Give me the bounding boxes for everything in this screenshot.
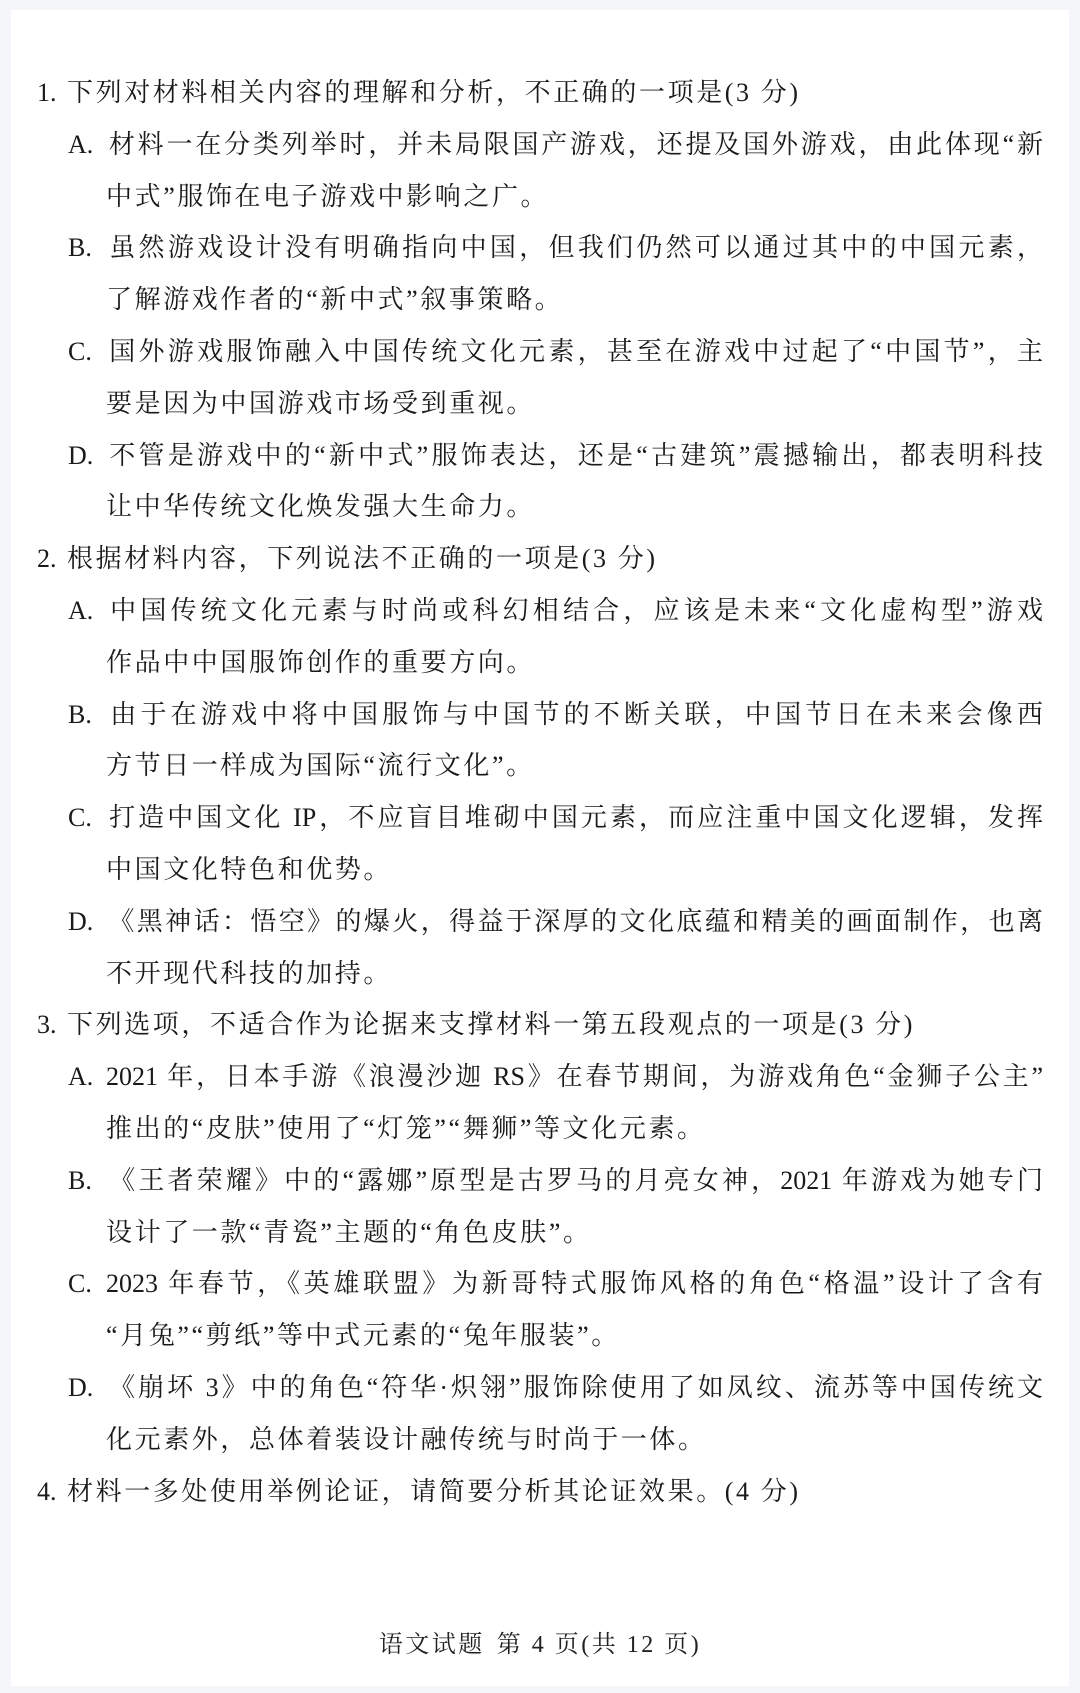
question-list: 1.下列对材料相关内容的理解和分析，不正确的一项是(3 分) A.材料一在分类列… [11,67,1069,1517]
exam-page: 1.下列对材料相关内容的理解和分析，不正确的一项是(3 分) A.材料一在分类列… [11,10,1069,1686]
option-line: D.不管是游戏中的“新中式”服饰表达，还是“古建筑”震撼输出，都表明科技 [11,430,1069,482]
option-d: D.《崩坏 3》中的角色“符华·炽翎”服饰除使用了如凤纹、流苏等中国传统文 化元… [11,1362,1069,1466]
stem-text: 材料一多处使用举例论证，请简要分析其论证效果。(4 分) [67,1477,801,1506]
option-a: A.中国传统文化元素与时尚或科幻相结合，应该是未来“文化虚构型”游戏 作品中中国… [11,585,1069,689]
question-number: 2. [37,533,67,585]
option-a: A.2021 年，日本手游《浪漫沙迦 RS》在春节期间，为游戏角色“金狮子公主”… [11,1051,1069,1155]
option-text: 《黑神话：悟空》的爆火，得益于深厚的文化底蕴和精美的画面制作，也离 [106,907,1043,936]
question-number: 1. [37,67,67,119]
option-line: 了解游戏作者的“新中式”叙事策略。 [11,274,1069,326]
question-number: 4. [37,1466,67,1518]
question-stem: 1.下列对材料相关内容的理解和分析，不正确的一项是(3 分) [11,67,1069,119]
option-a: A.材料一在分类列举时，并未局限国产游戏，还提及国外游戏，由此体现“新 中式”服… [11,119,1069,223]
option-label: D. [68,896,106,948]
option-line: 作品中中国服饰创作的重要方向。 [11,637,1069,689]
option-text: 中国传统文化元素与时尚或科幻相结合，应该是未来“文化虚构型”游戏 [106,596,1043,625]
stem-text: 根据材料内容，下列说法不正确的一项是(3 分) [67,544,658,573]
option-label: C. [68,792,106,844]
option-label: B. [68,222,106,274]
option-label: A. [68,585,106,637]
option-b: B.由于在游戏中将中国服饰与中国节的不断关联，中国节日在未来会像西 方节日一样成… [11,689,1069,793]
question-stem: 4.材料一多处使用举例论证，请简要分析其论证效果。(4 分) [11,1466,1069,1518]
option-line: 要是因为中国游戏市场受到重视。 [11,378,1069,430]
option-text: 打造中国文化 IP，不应盲目堆砌中国元素，而应注重中国文化逻辑，发挥 [106,803,1043,832]
option-line: 推出的“皮肤”使用了“灯笼”“舞狮”等文化元素。 [11,1103,1069,1155]
question-1: 1.下列对材料相关内容的理解和分析，不正确的一项是(3 分) A.材料一在分类列… [11,67,1069,533]
option-line: B.虽然游戏设计没有明确指向中国，但我们仍然可以通过其中的中国元素， [11,222,1069,274]
stem-text: 下列选项，不适合作为论据来支撑材料一第五段观点的一项是(3 分) [67,1010,915,1039]
option-line: A.材料一在分类列举时，并未局限国产游戏，还提及国外游戏，由此体现“新 [11,119,1069,171]
option-line: 方节日一样成为国际“流行文化”。 [11,740,1069,792]
option-label: C. [68,1258,106,1310]
option-label: D. [68,430,106,482]
page-footer: 语文试题第 4 页(共 12 页) [11,1627,1069,1663]
option-line: B.《王者荣耀》中的“露娜”原型是古罗马的月亮女神，2021 年游戏为她专门 [11,1155,1069,1207]
stem-text: 下列对材料相关内容的理解和分析，不正确的一项是(3 分) [67,78,801,107]
option-label: B. [68,1155,106,1207]
option-text: 由于在游戏中将中国服饰与中国节的不断关联，中国节日在未来会像西 [106,700,1043,729]
option-line: A.中国传统文化元素与时尚或科幻相结合，应该是未来“文化虚构型”游戏 [11,585,1069,637]
option-line: “月兔”“剪纸”等中式元素的“兔年服装”。 [11,1310,1069,1362]
option-b: B.《王者荣耀》中的“露娜”原型是古罗马的月亮女神，2021 年游戏为她专门 设… [11,1155,1069,1259]
option-line: C.打造中国文化 IP，不应盲目堆砌中国元素，而应注重中国文化逻辑，发挥 [11,792,1069,844]
option-label: B. [68,689,106,741]
option-label: D. [68,1362,106,1414]
option-text: 2023 年春节，《英雄联盟》为新哥特式服饰风格的角色“格温”设计了含有 [106,1269,1043,1298]
option-line: C.国外游戏服饰融入中国传统文化元素，甚至在游戏中过起了“中国节”，主 [11,326,1069,378]
option-label: A. [68,119,106,171]
option-line: 化元素外，总体着装设计融传统与时尚于一体。 [11,1414,1069,1466]
option-c: C.2023 年春节，《英雄联盟》为新哥特式服饰风格的角色“格温”设计了含有 “… [11,1258,1069,1362]
option-b: B.虽然游戏设计没有明确指向中国，但我们仍然可以通过其中的中国元素， 了解游戏作… [11,222,1069,326]
option-line: A.2021 年，日本手游《浪漫沙迦 RS》在春节期间，为游戏角色“金狮子公主” [11,1051,1069,1103]
option-line: 中式”服饰在电子游戏中影响之广。 [11,171,1069,223]
question-number: 3. [37,999,67,1051]
option-c: C.国外游戏服饰融入中国传统文化元素，甚至在游戏中过起了“中国节”，主 要是因为… [11,326,1069,430]
option-line: C.2023 年春节，《英雄联盟》为新哥特式服饰风格的角色“格温”设计了含有 [11,1258,1069,1310]
question-stem: 3.下列选项，不适合作为论据来支撑材料一第五段观点的一项是(3 分) [11,999,1069,1051]
option-text: 《王者荣耀》中的“露娜”原型是古罗马的月亮女神，2021 年游戏为她专门 [106,1166,1043,1195]
footer-page-number: 第 4 页(共 12 页) [497,1632,701,1658]
option-line: 设计了一款“青瓷”主题的“角色皮肤”。 [11,1207,1069,1259]
option-label: C. [68,326,106,378]
option-c: C.打造中国文化 IP，不应盲目堆砌中国元素，而应注重中国文化逻辑，发挥 中国文… [11,792,1069,896]
option-line: 让中华传统文化焕发强大生命力。 [11,481,1069,533]
option-text: 2021 年，日本手游《浪漫沙迦 RS》在春节期间，为游戏角色“金狮子公主” [106,1062,1043,1091]
option-text: 不管是游戏中的“新中式”服饰表达，还是“古建筑”震撼输出，都表明科技 [106,441,1043,470]
option-text: 虽然游戏设计没有明确指向中国，但我们仍然可以通过其中的中国元素， [106,233,1043,262]
option-line: 不开现代科技的加持。 [11,948,1069,1000]
option-text: 材料一在分类列举时，并未局限国产游戏，还提及国外游戏，由此体现“新 [106,130,1043,159]
option-line: B.由于在游戏中将中国服饰与中国节的不断关联，中国节日在未来会像西 [11,689,1069,741]
option-text: 国外游戏服饰融入中国传统文化元素，甚至在游戏中过起了“中国节”，主 [106,337,1043,366]
option-label: A. [68,1051,106,1103]
footer-subject: 语文试题 [379,1632,485,1658]
option-line: 中国文化特色和优势。 [11,844,1069,896]
question-2: 2.根据材料内容，下列说法不正确的一项是(3 分) A.中国传统文化元素与时尚或… [11,533,1069,999]
question-4: 4.材料一多处使用举例论证，请简要分析其论证效果。(4 分) [11,1466,1069,1518]
option-text: 《崩坏 3》中的角色“符华·炽翎”服饰除使用了如凤纹、流苏等中国传统文 [106,1373,1043,1402]
option-d: D.不管是游戏中的“新中式”服饰表达，还是“古建筑”震撼输出，都表明科技 让中华… [11,430,1069,534]
option-d: D.《黑神话：悟空》的爆火，得益于深厚的文化底蕴和精美的画面制作，也离 不开现代… [11,896,1069,1000]
option-line: D.《崩坏 3》中的角色“符华·炽翎”服饰除使用了如凤纹、流苏等中国传统文 [11,1362,1069,1414]
question-3: 3.下列选项，不适合作为论据来支撑材料一第五段观点的一项是(3 分) A.202… [11,999,1069,1465]
option-line: D.《黑神话：悟空》的爆火，得益于深厚的文化底蕴和精美的画面制作，也离 [11,896,1069,948]
question-stem: 2.根据材料内容，下列说法不正确的一项是(3 分) [11,533,1069,585]
